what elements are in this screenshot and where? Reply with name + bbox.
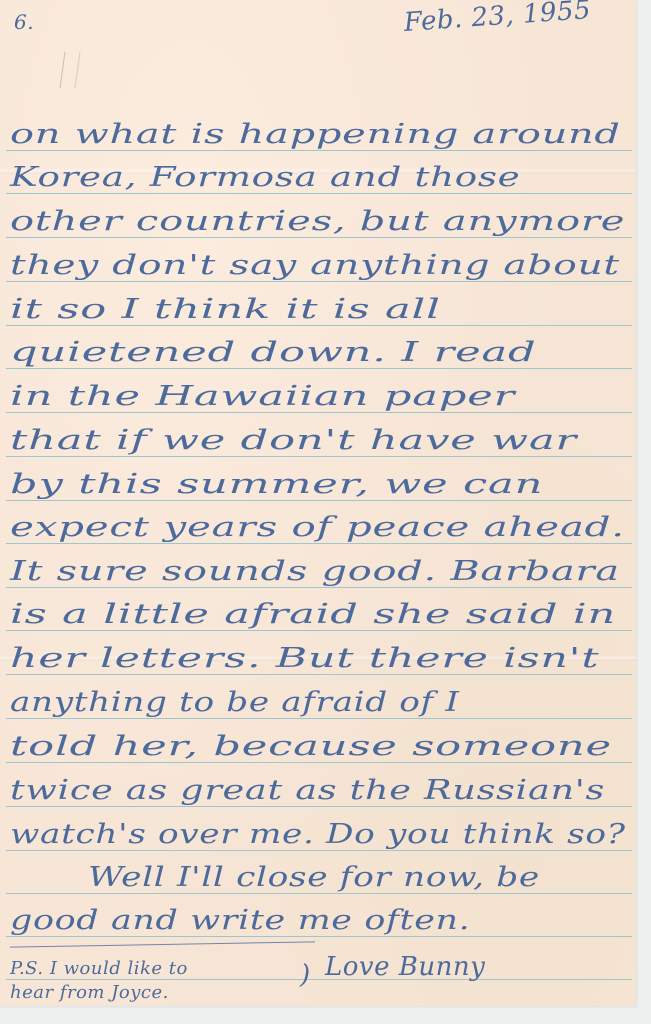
letter-line: good and write me often. (10, 906, 470, 936)
ruled-line (6, 456, 632, 457)
ruled-line (6, 806, 632, 807)
ruled-line (6, 718, 632, 719)
bracket-mark: ) (300, 960, 310, 990)
letter-line: watch's over me. Do you think so? (10, 820, 626, 850)
letter-line: in the Hawaiian paper (10, 382, 515, 412)
letter-line: It sure sounds good. Barbara (10, 557, 620, 587)
ruled-line (6, 368, 632, 369)
letter-line: Korea, Formosa and those (10, 163, 520, 193)
ruled-line (6, 237, 632, 238)
ruled-line (6, 500, 632, 501)
ruled-line (6, 325, 632, 326)
ruled-line (6, 979, 632, 980)
pencil-mark (59, 52, 80, 88)
ruled-line (6, 936, 632, 937)
letter-date: Feb. 23, 1955 (403, 0, 592, 38)
letter-line: quietened down. I read (10, 338, 537, 368)
letter-line: it so I think it is all (10, 295, 441, 325)
letter-line: is a little afraid she said in (10, 600, 616, 630)
letter-line: by this summer, we can (10, 470, 543, 500)
ruled-line (6, 412, 632, 413)
letter-line: on what is happening around (10, 120, 621, 150)
letter-page: 6. Feb. 23, 1955 on what is happening ar… (0, 0, 636, 1006)
ruled-line (6, 587, 632, 588)
postscript-line-1: P.S. I would like to (10, 958, 188, 979)
page-number: 6. (14, 10, 34, 34)
ruled-line (6, 193, 632, 194)
signature: Love Bunny (325, 952, 485, 982)
ruled-line (6, 543, 632, 544)
postscript-line-2: hear from Joyce. (10, 982, 169, 1003)
ruled-line (6, 762, 632, 763)
letter-line: her letters. But there isn't (10, 644, 599, 674)
letter-line: expect years of peace ahead. (10, 513, 625, 543)
letter-line: that if we don't have war (10, 426, 577, 456)
ruled-line (6, 674, 632, 675)
ruled-line (6, 893, 632, 894)
letter-line: they don't say anything about (10, 251, 620, 281)
postscript-divider (10, 941, 315, 947)
letter-line: twice as great as the Russian's (10, 776, 605, 806)
ruled-line (6, 630, 632, 631)
ruled-line (6, 850, 632, 851)
letter-line: anything to be afraid of I (10, 688, 460, 718)
letter-line: other countries, but anymore (10, 207, 625, 237)
ruled-line (6, 281, 632, 282)
letter-line: Well I'll close for now, be (88, 863, 540, 893)
ruled-line (6, 150, 632, 151)
letter-line: told her, because someone (10, 732, 612, 762)
